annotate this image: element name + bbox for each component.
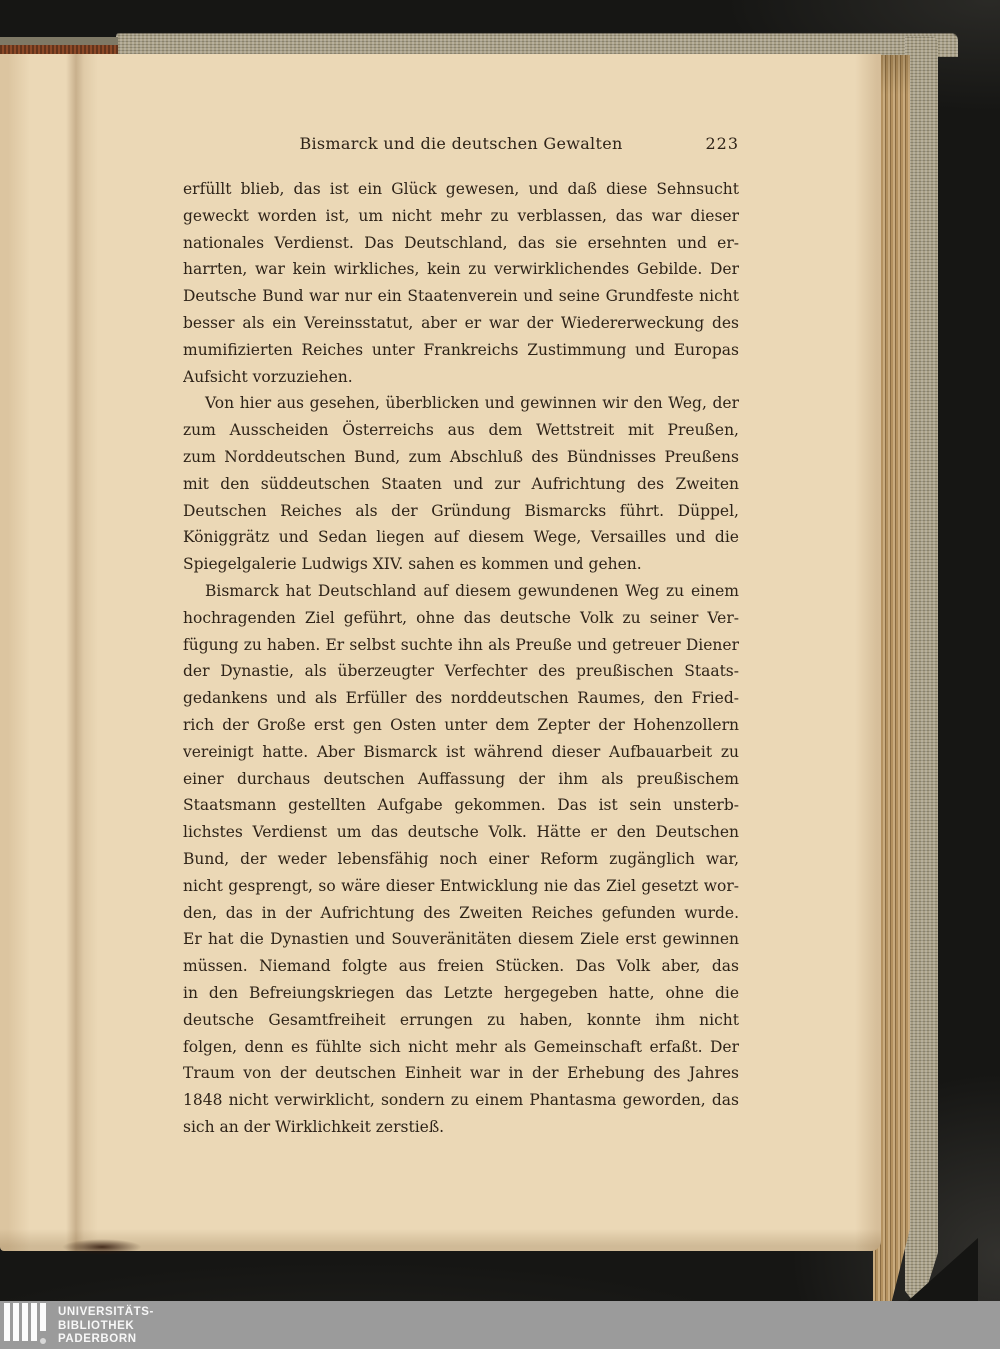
logo-bar <box>22 1303 28 1341</box>
text-line: Traum von der deutschen Einheit war in d… <box>183 1060 739 1087</box>
logo-bar <box>13 1303 19 1341</box>
text-line: nicht gesprengt, so wäre dieser Entwickl… <box>183 873 739 900</box>
running-title: Bismarck und die deutschen Gewalten <box>183 134 739 153</box>
watermark-banner: UNIVERSITÄTS- BIBLIOTHEK PADERBORN <box>0 1301 1000 1349</box>
paragraph: erfüllt blieb, das ist ein Glück gewesen… <box>183 176 739 390</box>
library-name-line: PADERBORN <box>58 1333 154 1347</box>
text-line: Spiegelgalerie Ludwigs XIV. sahen es kom… <box>183 551 739 578</box>
text-line: Bismarck hat Deutschland auf diesem gewu… <box>183 578 739 605</box>
library-name: UNIVERSITÄTS- BIBLIOTHEK PADERBORN <box>58 1306 154 1347</box>
text-line: Bund, der weder lebensfähig noch einer R… <box>183 846 739 873</box>
text-line: mumifizierten Reiches unter Frankreichs … <box>183 337 739 364</box>
paragraph: Bismarck hat Deutschland auf diesem gewu… <box>183 578 739 1141</box>
text-line: den, das in der Aufrichtung des Zweiten … <box>183 900 739 927</box>
logo-bars-icon <box>4 1303 46 1341</box>
body-text: erfüllt blieb, das ist ein Glück gewesen… <box>183 176 739 1141</box>
text-line: müssen. Niemand folgte aus freien Stücke… <box>183 953 739 980</box>
text-line: Von hier aus gesehen, überblicken und ge… <box>183 390 739 417</box>
text-line: nationales Verdienst. Das Deutschland, d… <box>183 230 739 257</box>
text-line: harrten, war kein wirkliches, kein zu ve… <box>183 256 739 283</box>
text-line: Deutsche Bund war nur ein Staatenverein … <box>183 283 739 310</box>
paragraph: Von hier aus gesehen, überblicken und ge… <box>183 390 739 578</box>
text-line: rich der Große erst gen Osten unter dem … <box>183 712 739 739</box>
text-line: Er hat die Dynastien und Souveränitäten … <box>183 926 739 953</box>
text-line: zum Norddeutschen Bund, zum Abschluß des… <box>183 444 739 471</box>
logo-dot <box>40 1338 46 1344</box>
text-line: 1848 nicht verwirklicht, sondern zu eine… <box>183 1087 739 1114</box>
text-line: besser als ein Vereinsstatut, aber er wa… <box>183 310 739 337</box>
logo-bar <box>40 1303 46 1331</box>
text-line: deutsche Gesamtfreiheit errungen zu habe… <box>183 1007 739 1034</box>
logo-bar <box>31 1303 37 1341</box>
text-line: Deutschen Reiches als der Gründung Bisma… <box>183 498 739 525</box>
text-line: Staatsmann gestellten Aufgabe gekommen. … <box>183 792 739 819</box>
text-line: in den Befreiungskriegen das Letzte herg… <box>183 980 739 1007</box>
text-line: vereinigt hatte. Aber Bismarck ist währe… <box>183 739 739 766</box>
text-line: fügung zu haben. Er selbst suchte ihn al… <box>183 632 739 659</box>
text-line: geweckt worden ist, um nicht mehr zu ver… <box>183 203 739 230</box>
text-line: erfüllt blieb, das ist ein Glück gewesen… <box>183 176 739 203</box>
logo-bar <box>4 1303 10 1341</box>
text-line: Aufsicht vorzuziehen. <box>183 364 739 391</box>
library-name-line: UNIVERSITÄTS- <box>58 1306 154 1320</box>
text-line: zum Ausscheiden Österreichs aus dem Wett… <box>183 417 739 444</box>
text-line: der Dynastie, als überzeugter Verfechter… <box>183 658 739 685</box>
text-line: hochragenden Ziel geführt, ohne das deut… <box>183 605 739 632</box>
page-header: Bismarck und die deutschen Gewalten 223 <box>183 134 739 158</box>
text-line: lichstes Verdienst um das deutsche Volk.… <box>183 819 739 846</box>
text-line: folgen, denn es fühlte sich nicht mehr a… <box>183 1034 739 1061</box>
page-number: 223 <box>705 134 739 153</box>
text-line: mit den süddeutschen Staaten und zur Auf… <box>183 471 739 498</box>
text-line: gedankens und als Erfüller des norddeuts… <box>183 685 739 712</box>
text-line: sich an der Wirklichkeit zerstieß. <box>183 1114 739 1141</box>
text-line: einer durchaus deutschen Auffassung der … <box>183 766 739 793</box>
text-line: Königgrätz und Sedan liegen auf diesem W… <box>183 524 739 551</box>
library-name-line: BIBLIOTHEK <box>58 1320 154 1334</box>
